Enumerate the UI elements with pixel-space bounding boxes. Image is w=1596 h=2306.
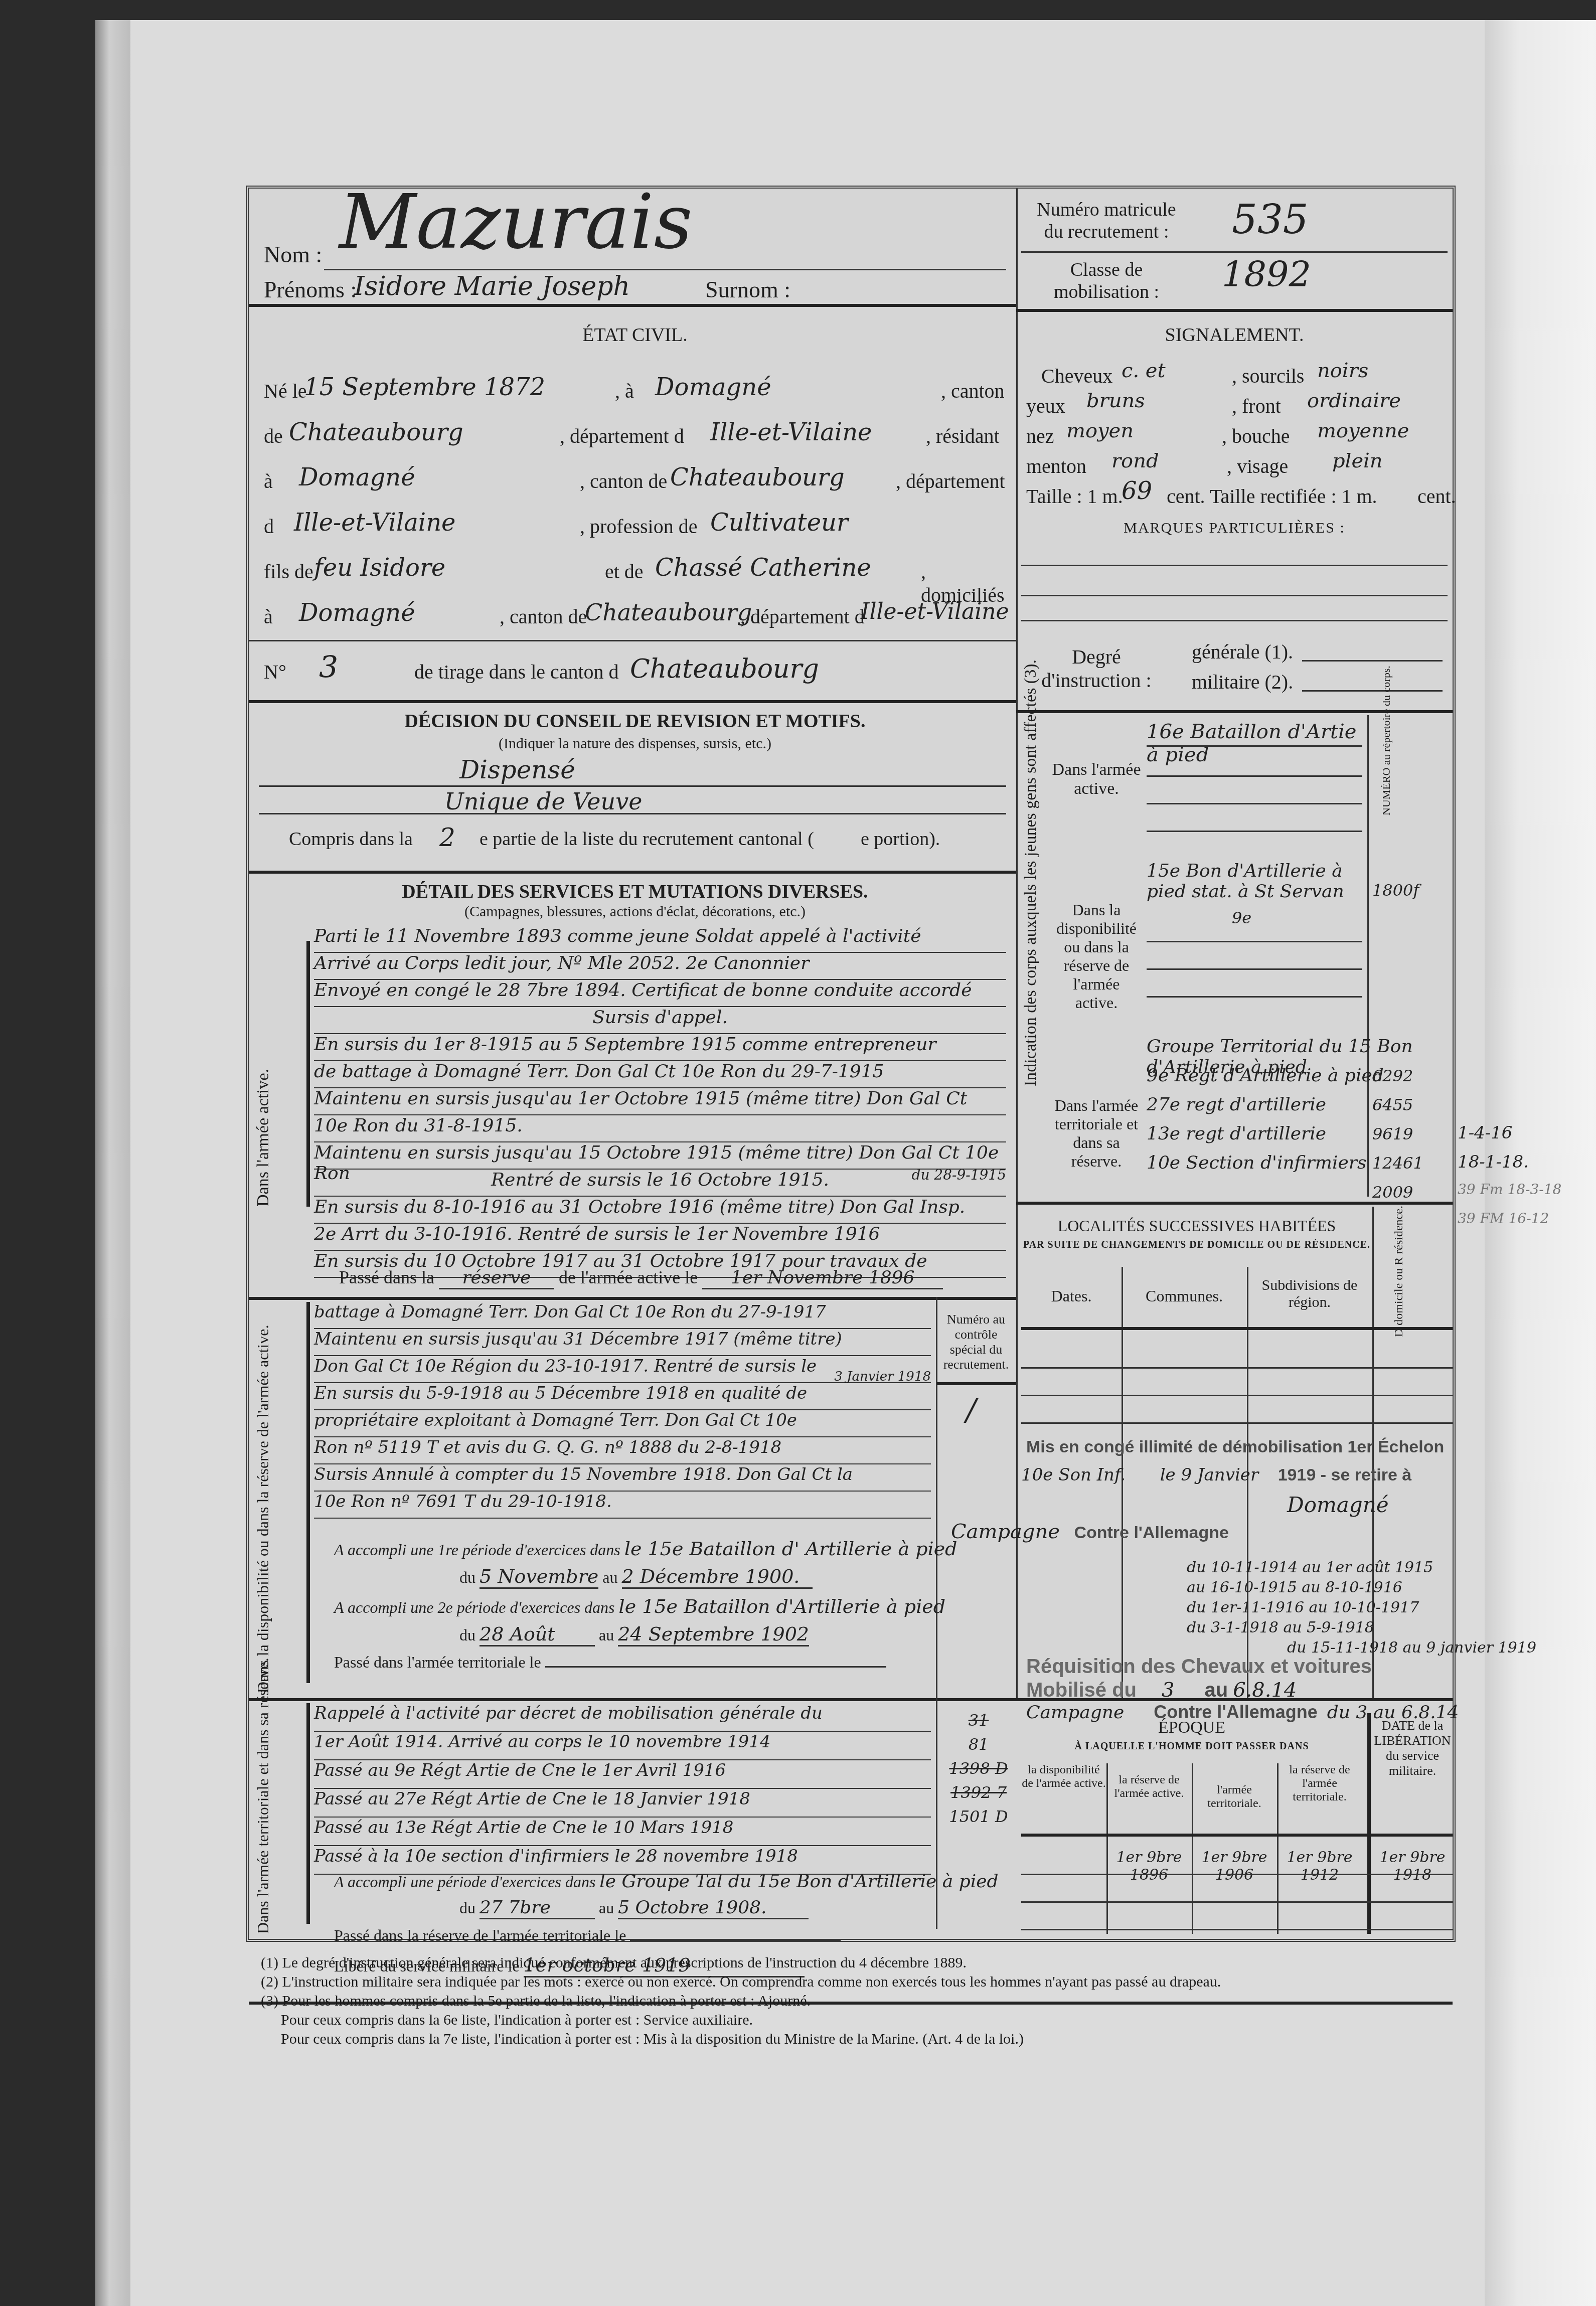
brace-dispo <box>306 1302 310 1683</box>
tirage-canton: Chateaubourg <box>630 654 819 684</box>
marques-title: MARQUES PARTICULIÈRES : <box>1021 520 1448 537</box>
periode-terr-corps: le Groupe Tal du 15e Bon d'Artillerie à … <box>599 1871 998 1892</box>
periode1-au-label: au <box>602 1568 617 1586</box>
terr-dates: 1-4-16 18-1-18. 39 Fm 18-3-18 39 FM 16-1… <box>1458 1094 1578 1239</box>
terr-date: 39 FM 16-12 <box>1458 1210 1578 1239</box>
classe-value: 1892 <box>1222 254 1311 295</box>
margin-note: 3 Janvier 1918 <box>834 1369 931 1384</box>
terr-date: 1-4-16 <box>1458 1123 1578 1152</box>
epoque-title: ÉPOQUE <box>1021 1718 1362 1737</box>
epoque-value: 1er 9bre 1912 <box>1277 1849 1362 1884</box>
group-dispo-entry-2: 9e <box>1232 908 1251 927</box>
front-label: , front <box>1232 394 1281 418</box>
conge-year: 1919 - se retire à <box>1278 1465 1412 1485</box>
service-line: 10e Ron du 31-8-1915. <box>314 1115 1006 1142</box>
nez-label: nez <box>1026 424 1054 448</box>
entry-line <box>1147 996 1362 998</box>
front: ordinaire <box>1307 389 1401 412</box>
fils-label: fils de <box>264 560 313 583</box>
decision-line-2: Unique de Veuve <box>444 788 642 815</box>
passe-reserve-mid: de l'armée active le <box>559 1267 698 1287</box>
campagne-periods: du 10-11-1914 au 1er août 1915 au 16-10-… <box>1187 1558 1588 1658</box>
menton-label: menton <box>1026 454 1086 478</box>
row-line <box>1021 1422 1453 1424</box>
sourcils: noirs <box>1317 359 1368 382</box>
visage-label: , visage <box>1227 454 1288 478</box>
col-dates: Dates. <box>1021 1287 1122 1305</box>
taille-label: Taille : 1 m. <box>1026 484 1123 508</box>
service-line: En sursis du 1er 8-1915 au 5 Septembre 1… <box>314 1034 1006 1061</box>
requisition-stamp: Réquisition des Chevaux et voitures <box>1026 1656 1453 1678</box>
localites-section: LOCALITÉS SUCCESSIVES HABITÉES PAR SUITE… <box>1021 1207 1453 1447</box>
periode2-du-label: du <box>459 1626 475 1644</box>
row-line <box>1021 1367 1453 1369</box>
residence-a-label: à <box>264 469 273 493</box>
mobilise-au: 6.8.14 <box>1233 1679 1297 1702</box>
service-line: de battage à Domagné Terr. Don Gal Ct 10… <box>314 1061 1006 1088</box>
conge-corps: 10e Son Inf. <box>1021 1465 1126 1485</box>
degre-label: Degré d'instruction : <box>1031 645 1162 692</box>
footnote: Pour ceux compris dans la 7e liste, l'in… <box>261 2030 1445 2049</box>
controle-mark: 1392 7 <box>946 1780 1011 1804</box>
nom-value: Mazurais <box>339 179 693 266</box>
footnote: (2) L'instruction militaire sera indiqué… <box>261 1972 1445 1992</box>
service-line: Parti le 11 Novembre 1893 comme jeune So… <box>314 926 1006 953</box>
liberation-divider <box>1367 1713 1371 1934</box>
epoque-section: ÉPOQUE À LAQUELLE L'HOMME DOIT PASSER DA… <box>1021 1708 1453 1934</box>
services-terr-lines: Rappelé à l'activité par décret de mobil… <box>314 1703 931 1875</box>
entry-line <box>1147 968 1362 970</box>
service-line: 1er Août 1914. Arrivé au corps le 10 nov… <box>314 1732 931 1760</box>
passe-reserve-label: Passé dans la <box>339 1267 434 1287</box>
decision-subtitle: (Indiquer la nature des dispenses, sursi… <box>259 735 1011 752</box>
passe-terr-value <box>545 1666 886 1668</box>
compris-label: Compris dans la <box>289 828 413 850</box>
periode1-corps: le 15e Bataillon d' Artillerie à pied <box>624 1538 957 1560</box>
row-line <box>1021 1929 1453 1930</box>
row-line <box>1021 1901 1453 1903</box>
residence-dept-label: , département <box>896 469 1005 493</box>
matricule-register-form: Nom : Mazurais Prénoms : Isidore Marie J… <box>246 186 1456 1942</box>
periode2-corps: le 15e Bataillon d'Artillerie à pied <box>619 1595 946 1617</box>
terr-numeros: 6292 6455 9619 12461 2009 <box>1372 1066 1448 1212</box>
militaire-label: militaire (2). <box>1192 670 1293 694</box>
father-name: feu Isidore <box>314 554 445 582</box>
signalement-section: SIGNALEMENT. Cheveux c. et , sourcils no… <box>1021 314 1448 575</box>
terr-numero: 6292 <box>1372 1066 1448 1095</box>
classe-label: Classe de mobilisation : <box>1031 259 1182 303</box>
visage: plein <box>1332 449 1383 472</box>
epoque-col-header: la disponibilité de l'armée active. <box>1021 1763 1106 1790</box>
service-line: Arrivé au Corps ledit jour, Nº Mle 2052.… <box>314 953 1006 980</box>
residence-canton-label: , canton de <box>580 469 667 493</box>
decision-section: DÉCISION DU CONSEIL DE REVISION ET MOTIF… <box>259 700 1011 871</box>
portion-suffix: e portion). <box>861 828 940 850</box>
group-active-label: Dans l'armée active. <box>1051 760 1142 798</box>
nom-line <box>324 269 1006 270</box>
birth-place: Domagné <box>655 373 771 401</box>
service-line: propriétaire exploitant à Domagné Terr. … <box>314 1410 931 1437</box>
group-active-entry: 16e Bataillon d'Artie à pied <box>1147 720 1362 766</box>
cheveux-label: Cheveux <box>1041 364 1112 388</box>
epoque-subtitle: À LAQUELLE L'HOMME DOIT PASSER DANS <box>1021 1741 1362 1752</box>
mother-name: Chassé Catherine <box>655 554 871 582</box>
residence-canton: Chateaubourg <box>670 463 845 491</box>
divider <box>249 1297 1016 1300</box>
controle-mark: 1501 D <box>946 1804 1011 1829</box>
passe-reserve-date: 1er Novembre 1896 <box>702 1267 943 1289</box>
group-dispo-entry: 15e Bon d'Artillerie à pied stat. à St S… <box>1147 861 1362 902</box>
service-line: Maintenu en sursis jusqu'au 15 Octobre 1… <box>314 1142 1006 1170</box>
brace-active <box>306 941 310 1207</box>
services-title: DÉTAIL DES SERVICES ET MUTATIONS DIVERSE… <box>259 881 1011 903</box>
liberation-header: DATE de la LIBÉRATION du service militai… <box>1372 1718 1453 1778</box>
dom-canton-label: , canton de <box>500 605 587 628</box>
divider <box>1016 309 1453 312</box>
birth-date: 15 Septembre 1872 <box>304 373 545 401</box>
taille-cm: 69 <box>1122 477 1152 505</box>
numero-header: NUMÉRO au répertoire du corps. <box>1380 715 1393 815</box>
profession-label: , profession de <box>580 515 697 538</box>
bouche-label: , bouche <box>1222 424 1290 448</box>
row-line <box>1021 1395 1453 1396</box>
bouche: moyenne <box>1317 419 1409 442</box>
divider <box>249 304 1016 307</box>
taille-rectifiee-label: cent. Taille rectifiée : 1 m. <box>1167 484 1377 508</box>
campagne-period: du 3-1-1918 au 5-9-1918 <box>1187 1618 1588 1638</box>
dom-dept-label: , département d <box>740 605 865 628</box>
mobilise-au-label: au <box>1204 1679 1228 1701</box>
service-line-wrap: Rentré de sursis le 16 Octobre 1915. du … <box>314 1170 1006 1197</box>
controle-mark: 81 <box>946 1732 1011 1756</box>
service-line: Passé au 9e Régt Artie de Cne le 1er Avr… <box>314 1760 931 1789</box>
identity-block: Nom : Mazurais Prénoms : Isidore Marie J… <box>259 199 1011 299</box>
controle-divider <box>936 1297 937 1698</box>
mobilise-label: Mobilisé du <box>1026 1679 1137 1701</box>
binding-spine <box>95 20 130 2306</box>
passe-res-terr-label: Passé dans la réserve de l'armée territo… <box>334 1926 626 1944</box>
epoque-col-header: la réserve de l'armée active. <box>1106 1773 1192 1800</box>
decision-line <box>259 813 1006 814</box>
matricule-label: Numéro matricule du recrutement : <box>1031 199 1182 243</box>
controle-header: Numéro au contrôle spécial du recrutemen… <box>938 1312 1014 1372</box>
campagne-label: Campagne <box>951 1520 1060 1543</box>
service-line: Ron nº 5119 T et avis du G. Q. G. nº 188… <box>314 1437 931 1464</box>
menton: rond <box>1111 449 1159 472</box>
periode-terr: A accompli une période d'exercices dans … <box>334 1871 931 1927</box>
localites-side-header: D domicile ou R résidence. <box>1392 1237 1406 1337</box>
controle-mark: 1398 D <box>946 1756 1011 1780</box>
generale-label: générale (1). <box>1192 640 1293 664</box>
epoque-value: 1er 9bre 1896 <box>1106 1849 1192 1884</box>
nom-label: Nom : <box>264 241 322 268</box>
service-line: Maintenu en sursis jusqu'au 1er Octobre … <box>314 1088 1006 1115</box>
prenoms-value: Isidore Marie Joseph <box>354 271 630 301</box>
campagne-period: au 16-10-1915 au 8-10-1916 <box>1187 1578 1588 1598</box>
matricule-value: 535 <box>1232 196 1309 243</box>
periode2-au: 24 Septembre 1902 <box>618 1623 809 1646</box>
col-subdivisions: Subdivisions de région. <box>1247 1277 1372 1311</box>
entry-line <box>1147 803 1362 804</box>
divider <box>249 640 1016 641</box>
ne-le-label: Né le <box>264 379 307 403</box>
epoque-value: 1er 9bre 1906 <box>1192 1849 1277 1884</box>
sourcils-label: , sourcils <box>1232 364 1304 388</box>
footnote: (1) Le degré d'instruction générale sera… <box>261 1953 1445 1972</box>
service-line: En sursis du 8-10-1916 au 31 Octobre 191… <box>314 1197 1006 1224</box>
terr-numero: 6455 <box>1372 1095 1448 1124</box>
periode1-au: 2 Décembre 1900. <box>622 1565 813 1589</box>
group-terr-label: Dans l'armée territoriale et dans sa rés… <box>1051 1096 1142 1171</box>
periode2-au-label: au <box>599 1626 614 1644</box>
decision-line <box>259 785 1006 787</box>
campagne-period: du 15-11-1918 au 9 janvier 1919 <box>1187 1638 1588 1658</box>
parents-domicile: Domagné <box>299 599 415 627</box>
entry-line <box>1147 775 1362 777</box>
partie-suffix: e partie de la liste du recrutement cant… <box>480 828 814 850</box>
service-line-wrap: En sursis du 5-9-1918 au 5 Décembre 1918… <box>314 1383 931 1410</box>
epoque-col-header: l'armée territoriale. <box>1192 1783 1277 1810</box>
divider <box>937 1382 1016 1385</box>
service-line: Passé au 27e Régt Artie de Cne le 18 Jan… <box>314 1789 931 1818</box>
periode-terr-du: 27 7bre <box>480 1897 595 1919</box>
corps-side-title: Indication des corps auxquels les jeunes… <box>1021 725 1040 1086</box>
birth-departement: Ille-et-Vilaine <box>710 418 872 446</box>
nez: moyen <box>1066 419 1134 442</box>
campagne-period: du 1er-11-1916 au 10-10-1917 <box>1187 1598 1588 1618</box>
terr-date: 39 Fm 18-3-18 <box>1458 1181 1578 1210</box>
yeux-label: yeux <box>1026 394 1065 418</box>
services-active-lines: Parti le 11 Novembre 1893 comme jeune So… <box>314 926 1006 1278</box>
et-de-label: et de <box>605 560 644 583</box>
divider <box>1016 1202 1453 1205</box>
surnom-label: Surnom : <box>705 276 790 303</box>
controle-divider <box>936 1698 937 1929</box>
periode-terr-label: A accompli une période d'exercices dans <box>334 1873 595 1891</box>
footnote: Pour ceux compris dans la 6e liste, l'in… <box>261 2011 1445 2030</box>
periode-terr-au-label: au <box>599 1899 614 1917</box>
generale-line <box>1302 660 1443 662</box>
parents-canton: Chateaubourg <box>585 599 752 626</box>
partie-value: 2 <box>439 823 455 852</box>
passe-res-terr-value <box>630 1939 841 1941</box>
row-line <box>1021 1874 1453 1875</box>
demobilisation-annotation: Mis en congé illimité de démobilisation … <box>951 1437 1503 1550</box>
entry-line <box>1147 941 1362 942</box>
divider <box>1021 251 1448 253</box>
dom-a-label: à <box>264 605 273 628</box>
conge-date: le 9 Janvier <box>1160 1465 1259 1485</box>
controle-marks-terr: 31 81 1398 D 1392 7 1501 D <box>946 1708 1011 1829</box>
periode1-du-label: du <box>459 1568 475 1586</box>
tirage-label: de tirage dans le canton d <box>414 660 619 684</box>
tirage-no: 3 <box>319 650 338 685</box>
campagne-period: du 10-11-1914 au 1er août 1915 <box>1187 1558 1588 1578</box>
terr-numero: 9619 <box>1372 1124 1448 1154</box>
decision-line-1: Dispensé <box>459 755 575 784</box>
service-line: Sursis Annulé à compter du 15 Novembre 1… <box>314 1464 931 1492</box>
service-line: 2e Arrt du 3-10-1916. Rentré de sursis l… <box>314 1224 1006 1251</box>
periode1-du: 5 Novembre <box>480 1565 598 1589</box>
footnote: (3) Pour les hommes compris dans la 5e p… <box>261 1992 1445 2011</box>
service-line: Maintenu en sursis jusqu'au 31 Décembre … <box>314 1329 931 1356</box>
decision-title: DÉCISION DU CONSEIL DE REVISION ET MOTIF… <box>259 710 1011 732</box>
canton-label: , canton <box>941 379 1005 403</box>
service-line: Envoyé en congé le 28 7bre 1894. Certifi… <box>314 980 1006 1007</box>
periode1-label: A accompli une 1re période d'exercices d… <box>334 1541 620 1559</box>
marques-line <box>1021 595 1448 596</box>
a-label: , à <box>615 379 634 403</box>
residence-dept: Ille-et-Vilaine <box>294 509 456 537</box>
side-label-dispo: Dans la disponibilité ou dans la réserve… <box>254 1312 272 1693</box>
localites-title: LOCALITÉS SUCCESSIVES HABITÉES <box>1021 1217 1372 1235</box>
matricule-block: Numéro matricule du recrutement : 535 Cl… <box>1021 189 1448 309</box>
tirage-no-label: N° <box>264 660 286 684</box>
mobilise-du: 3 <box>1162 1679 1174 1702</box>
residence: Domagné <box>299 463 415 491</box>
periode-terr-au: 5 Octobre 1908. <box>618 1897 809 1919</box>
footnotes-block: (1) Le degré d'instruction générale sera… <box>261 1953 1445 2049</box>
etat-civil-section: ÉTAT CIVIL. Né le 15 Septembre 1872 , à … <box>259 309 1011 700</box>
service-line: 10e Ron nº 7691 T du 29-10-1918. <box>314 1492 931 1519</box>
passe-reserve-row: Passé dans la réserve de l'armée active … <box>339 1267 943 1289</box>
signalement-title: SIGNALEMENT. <box>1021 324 1448 346</box>
entry-line <box>1147 831 1362 832</box>
parents-dept: Ille-et-Vilaine <box>861 599 1009 624</box>
entry-line <box>1147 745 1362 747</box>
cent-label: cent. <box>1417 484 1456 508</box>
d-label: d <box>264 515 274 538</box>
service-line: Rappelé à l'activité par décret de mobil… <box>314 1703 931 1732</box>
liberation-value: 1er 9bre 1918 <box>1372 1849 1453 1884</box>
de-label: de <box>264 424 283 448</box>
header-underline <box>1021 1327 1453 1330</box>
corps-affectation-section: Indication des corps auxquels les jeunes… <box>1021 715 1453 1197</box>
col-communes: Communes. <box>1122 1287 1247 1305</box>
localites-subtitle: PAR SUITE DE CHANGEMENTS DE DOMICILE OU … <box>1021 1239 1372 1251</box>
service-line: Sursis d'appel. <box>314 1007 1006 1034</box>
prenoms-label: Prénoms : <box>264 276 357 303</box>
epoque-col-header: la réserve de l'armée territoriale. <box>1277 1763 1362 1804</box>
service-line: Passé à la 10e section d'infirmiers le 2… <box>314 1846 931 1875</box>
controle-mark: 31 <box>946 1708 1011 1732</box>
periode-terr-du-label: du <box>459 1899 475 1917</box>
terr-date: 18-1-18. <box>1458 1152 1578 1181</box>
service-line: battage à Domagné Terr. Don Gal Ct 10e R… <box>314 1302 931 1329</box>
passe-reserve-value: réserve <box>439 1267 554 1289</box>
group-dispo-numero: 1800f <box>1372 881 1419 900</box>
terr-numero: 12461 <box>1372 1154 1448 1183</box>
services-subtitle: (Campagnes, blessures, actions d'éclat, … <box>259 903 1011 920</box>
group-dispo-label: Dans la disponibilité ou dans la réserve… <box>1051 901 1142 1012</box>
service-line: En sursis du 5-9-1918 au 5 Décembre 1918… <box>314 1383 807 1403</box>
passe-res-terr-row: Passé dans la réserve de l'armée territo… <box>334 1926 841 1945</box>
conge-stamp: Mis en congé illimité de démobilisation … <box>951 1437 1503 1465</box>
profession: Cultivateur <box>710 509 848 537</box>
periodes-dispo: A accompli une 1re période d'exercices d… <box>334 1538 931 1678</box>
service-line: Passé au 13e Régt Artie de Cne le 10 Mar… <box>314 1818 931 1846</box>
passe-terr-label: Passé dans l'armée territoriale le <box>334 1653 541 1671</box>
side-label-active: Dans l'armée active. <box>254 1006 273 1207</box>
controle-mark: / <box>966 1392 976 1427</box>
birth-canton: Chateaubourg <box>289 418 463 446</box>
divider <box>1021 620 1448 621</box>
etat-civil-title: ÉTAT CIVIL. <box>259 324 1011 346</box>
divider <box>249 871 1016 874</box>
militaire-line <box>1302 690 1443 692</box>
marques-line <box>1021 565 1448 566</box>
periode2-du: 28 Août <box>480 1623 595 1646</box>
conge-commune: Domagné <box>951 1493 1503 1520</box>
periode2-label: A accompli une 2e période d'exercices da… <box>334 1598 615 1616</box>
terr-entry: Groupe Territorial du 15 Bon d'Artilleri… <box>1147 1036 1453 1065</box>
departement-label: , département d <box>560 424 684 448</box>
margin-note: du 28-9-1915 <box>912 1167 1006 1183</box>
service-line: Rentré de sursis le 16 Octobre 1915. <box>491 1170 829 1190</box>
services-dispo-lines: battage à Domagné Terr. Don Gal Ct 10e R… <box>314 1302 931 1519</box>
residant-label: , résidant <box>926 424 1000 448</box>
brace-terr <box>306 1703 310 1924</box>
yeux: bruns <box>1086 389 1145 412</box>
side-label-terr: Dans l'armée territoriale et dans sa rés… <box>254 1713 272 1934</box>
campagne-stamp: Contre l'Allemagne <box>1074 1523 1228 1542</box>
cheveux: c. et <box>1122 359 1166 382</box>
header-underline <box>1021 1834 1453 1837</box>
